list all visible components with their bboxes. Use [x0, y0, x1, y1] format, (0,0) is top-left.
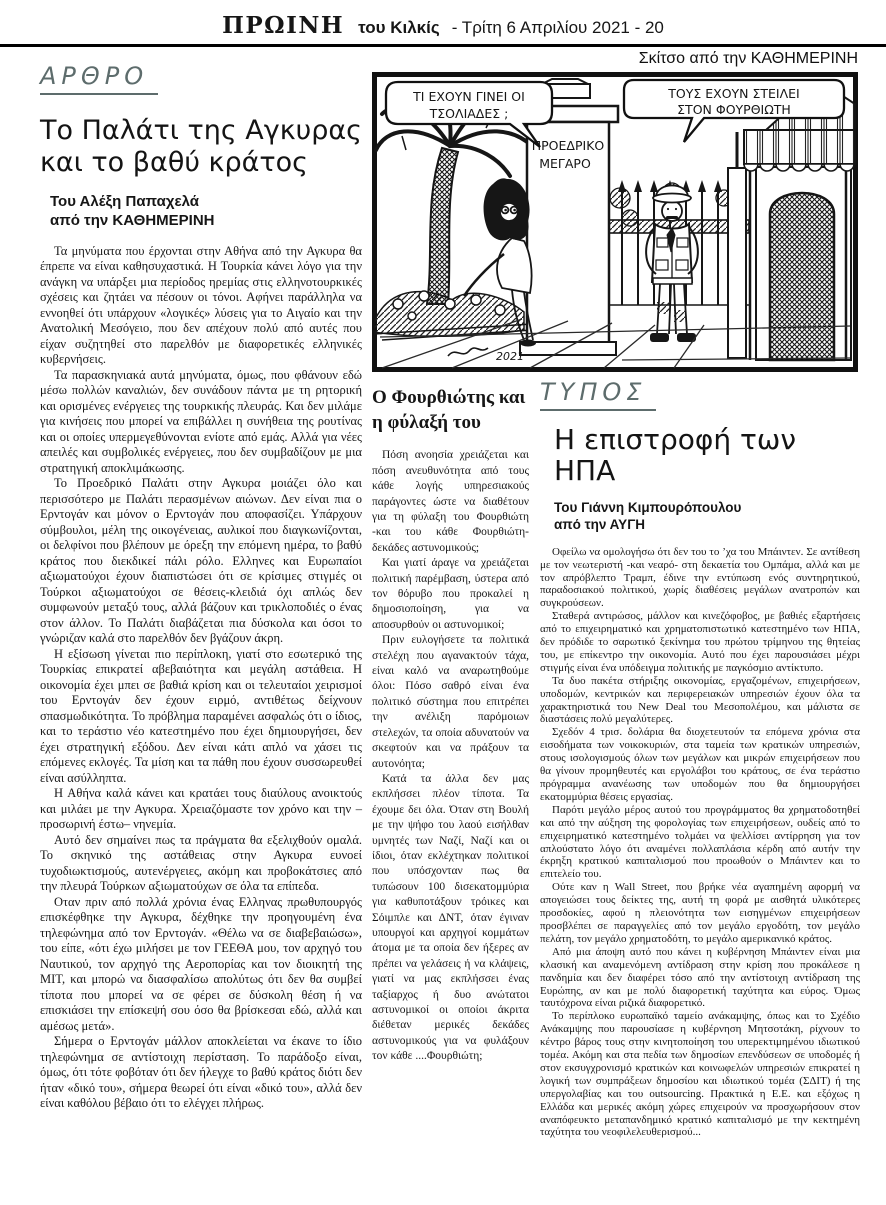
bubble-left-line2: ΤΣΟΛΙΑΔΕΣ ; — [429, 106, 509, 121]
article-paragraph: Πριν ευλογήσετε τα πολιτικά στελέχη που … — [372, 633, 529, 772]
political-cartoon: ΠΡΟΕΔΡΙΚΟ ΜΕΓΑΡΟ — [372, 72, 858, 372]
section-head-typos: ΤΥΠΟΣ — [540, 378, 656, 411]
article-paragraph: Σταθερά αντιρώσος, μάλλον και κινεζόφοβο… — [540, 610, 860, 675]
article-right-byline: Του Γιάννη Κιμπουρόπουλου από την ΑΥΓΗ — [554, 499, 860, 534]
byline-source: από την ΑΥΓΗ — [554, 516, 860, 534]
article-right-title: Η επιστροφή των ΗΠΑ — [554, 425, 860, 487]
article-paragraph: Ούτε καν η Wall Street, που βρήκε νέα αγ… — [540, 881, 860, 946]
article-paragraph: Το περίπλοκο ευρωπαϊκό ταμείο ανάκαμψης,… — [540, 1010, 860, 1139]
article-paragraph: Κατά τα άλλα δεν μας εκπλήσσει πλέον τίπ… — [372, 772, 529, 1065]
article-paragraph: Το Προεδρικό Παλάτι στην Αγκυρα μοιάζει … — [40, 476, 362, 647]
article-paragraph: Τα δυο πακέτα στήριξης οικονομίας, εργαζ… — [540, 675, 860, 727]
article-left-body: Τα μηνύματα που έρχονται στην Αθήνα από … — [40, 244, 362, 1112]
bubble-right-line1: ΤΟΥΣ ΕΧΟΥΝ ΣΤΕΙΛΕΙ — [667, 86, 800, 101]
article-left-column: ΑΡΘΡΟ Το Παλάτι της Αγκυρας και το βαθύ … — [40, 62, 362, 1112]
byline-source: από την ΚΑΘΗΜΕΡΙΝΗ — [50, 211, 362, 231]
article-middle-title: Ο Φουρθιώτης και η φύλαξή του — [372, 386, 529, 435]
article-paragraph: Σχεδόν 4 τρισ. δολάρια θα διοχετευτούν τ… — [540, 726, 860, 803]
masthead-dateline: - Τρίτη 6 Απριλίου 2021 - 20 — [452, 18, 664, 37]
article-paragraph: Τα μηνύματα που έρχονται στην Αθήνα από … — [40, 244, 362, 368]
building-sign-line1: ΠΡΟΕΔΡΙΚΟ — [532, 138, 605, 153]
article-right-body: Οφείλω να ομολογήσω ότι δεν του το ’χα τ… — [540, 546, 860, 1140]
bubble-right-line2: ΣΤΟΝ ΦΟΥΡΘΙΩΤΗ — [677, 102, 791, 117]
article-paragraph: Οφείλω να ομολογήσω ότι δεν του το ’χα τ… — [540, 546, 860, 611]
newspaper-edition: του Κιλκίς — [358, 18, 440, 37]
article-paragraph: Από μια άποψη αυτό που κάνει η κυβέρνηση… — [540, 946, 860, 1011]
article-paragraph: Αυτό δεν σημαίνει πως τα πράγματα θα εξε… — [40, 833, 362, 895]
masthead: ΠΡΩΙΝΗ του Κιλκίς - Τρίτη 6 Απριλίου 202… — [0, 12, 886, 39]
article-paragraph: Σήμερα ο Ερντογάν μάλλον αποκλείεται να … — [40, 1034, 362, 1112]
masthead-rule — [0, 44, 886, 47]
cartoon-credit: Σκίτσο από την ΚΑΘΗΜΕΡΙΝΗ — [440, 50, 858, 68]
article-paragraph: Η Αθήνα καλά κάνει και κρατάει τους διαύ… — [40, 786, 362, 833]
newspaper-page: ΠΡΩΙΝΗ του Κιλκίς - Τρίτη 6 Απριλίου 202… — [0, 0, 886, 1205]
signature-year: 2021 — [496, 350, 524, 363]
byline-author: Του Γιάννη Κιμπουρόπουλου — [554, 499, 860, 517]
article-paragraph: Πόση ανοησία χρειάζεται και πόση ανευθυν… — [372, 448, 529, 556]
building-sign-line2: ΜΕΓΑΡΟ — [539, 156, 591, 171]
article-paragraph: Οταν πριν από πολλά χρόνια ένας Ελληνας … — [40, 895, 362, 1035]
section-head-arthro: ΑΡΘΡΟ — [40, 62, 158, 95]
bubble-left-line1: ΤΙ ΕΧΟΥΝ ΓΙΝΕΙ ΟΙ — [412, 89, 525, 104]
article-left-title: Το Παλάτι της Αγκυρας και το βαθύ κράτος — [40, 115, 362, 179]
article-paragraph: Παρότι μεγάλο μέρος αυτού του προγράμματ… — [540, 804, 860, 881]
article-paragraph: Η εξίσωση γίνεται πιο περίπλοκη, γιατί σ… — [40, 647, 362, 787]
article-paragraph: Τα παρασκηνιακά αυτά μηνύματα, όμως, που… — [40, 368, 362, 477]
article-right-column: ΤΥΠΟΣ Η επιστροφή των ΗΠΑ Του Γιάννη Κιμ… — [540, 378, 860, 1139]
article-paragraph: Και γιατί άραγε να χρειάζεται πολιτική π… — [372, 556, 529, 633]
newspaper-brand: ΠΡΩΙΝΗ — [222, 12, 344, 39]
article-middle-column: Ο Φουρθιώτης και η φύλαξή του Πόση ανοησ… — [372, 386, 529, 1065]
article-middle-body: Πόση ανοησία χρειάζεται και πόση ανευθυν… — [372, 448, 529, 1064]
article-left-byline: Του Αλέξη Παπαχελά από την ΚΑΘΗΜΕΡΙΝΗ — [40, 192, 362, 231]
byline-author: Του Αλέξη Παπαχελά — [50, 192, 362, 212]
